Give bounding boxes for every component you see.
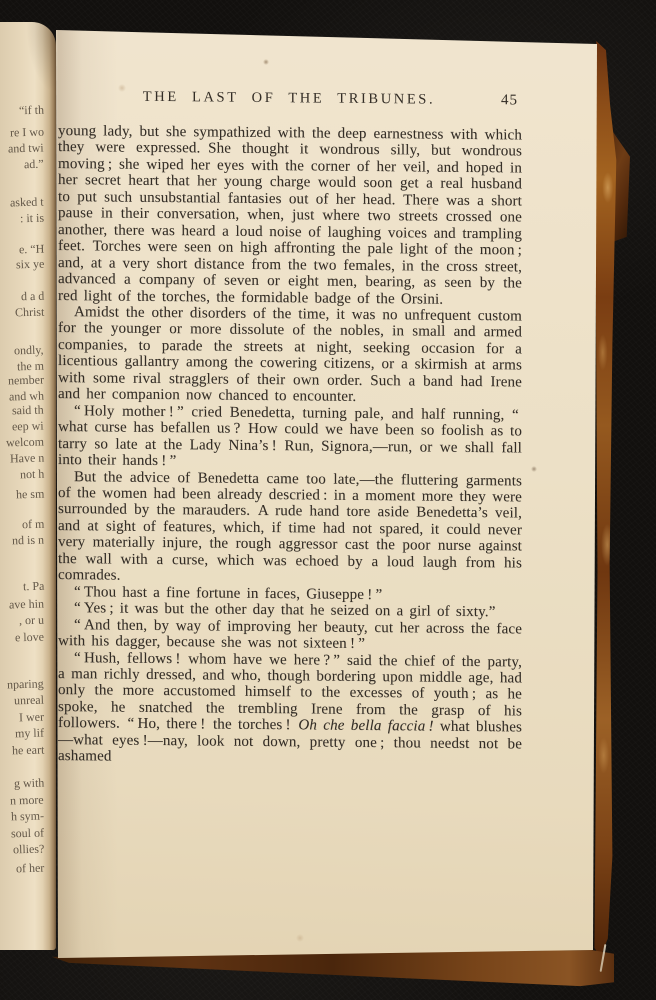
left-page-text-fragment: nember — [8, 374, 44, 387]
left-page-text-fragment: g with — [14, 777, 45, 790]
paragraph-text: young lady, but she sympathized with the… — [58, 123, 522, 307]
left-page-text-fragment: nd is n — [12, 534, 44, 547]
italic-phrase: Oh che bella faccia ! — [298, 718, 433, 735]
book-fore-edge — [594, 41, 617, 957]
left-page-text-fragment: said th — [12, 404, 44, 417]
left-page-text-fragment: : it is — [20, 212, 44, 225]
left-page-text-fragment: unreal — [14, 694, 44, 707]
left-page-text-fragment: , or u — [19, 614, 44, 627]
paragraph: “ And then, by way of improving her beau… — [58, 617, 522, 654]
paragraph: But the advice of Benedetta came too lat… — [58, 469, 522, 589]
paragraph: young lady, but she sympathized with the… — [58, 123, 522, 308]
left-page-text-fragment: my lif — [15, 727, 44, 740]
left-page-text-fragment: d a d — [21, 290, 45, 303]
running-header: THE LAST OF THE TRIBUNES. 45 — [58, 88, 520, 109]
left-page-text-fragment: ollies? — [13, 843, 45, 856]
book-photograph: “if thre I woand twiad.”asked t: it ise.… — [0, 0, 656, 1000]
left-page-text-fragment: he eart — [12, 744, 45, 757]
left-page-text-fragment: e love — [15, 631, 44, 644]
book-page: THE LAST OF THE TRIBUNES. 45 young lady,… — [0, 0, 656, 1000]
left-page-text-fragment: six ye — [16, 258, 45, 271]
left-page-text-fragment: asked t — [10, 196, 44, 209]
left-page-text-fragment: eep wi — [12, 420, 44, 433]
left-page-text-fragment: re I wo — [10, 126, 44, 139]
left-page-text-fragment: soul of — [11, 827, 44, 840]
paragraph: “ Holy mother ! ” cried Benedetta, turni… — [58, 403, 522, 473]
left-page-text-fragment: nparing — [7, 678, 44, 691]
left-page-text-fragment: not h — [20, 468, 45, 481]
left-page-text-fragment: he sm — [16, 488, 45, 501]
paragraph-text: “ Holy mother ! ” cried Benedetta, turni… — [58, 403, 522, 469]
page-text: young lady, but she sympathized with the… — [58, 123, 522, 769]
left-page-text-fragment: Christ — [15, 306, 45, 319]
left-page-text-fragment: h sym- — [11, 810, 44, 823]
paragraph: Amidst the other disorders of the time, … — [58, 304, 522, 407]
left-page-text-fragment: ad.” — [24, 158, 44, 171]
paragraph-text: Amidst the other disorders of the time, … — [58, 304, 522, 405]
left-page-text-fragment: and wh — [9, 390, 44, 403]
left-page-text-fragment: n more — [10, 794, 44, 807]
left-page-text-fragment: e. “H — [19, 243, 45, 256]
paragraph: “ Hush, fellows ! whom have we here ? ” … — [58, 650, 522, 770]
page-number: 45 — [501, 92, 518, 109]
left-page-text-fragment: ondly, — [14, 344, 44, 357]
left-page-text-fragment: “if th — [19, 104, 44, 117]
paragraph-text: “ And then, by way of improving her beau… — [58, 617, 522, 652]
left-page-text-fragment: t. Pa — [23, 580, 45, 593]
left-page-text-fragment: and twi — [8, 142, 44, 155]
left-page-text-fragment: I wer — [19, 711, 44, 724]
header-title: THE LAST OF THE TRIBUNES. — [58, 88, 520, 109]
left-page-text-fragment: Have n — [10, 452, 45, 465]
left-page-text-fragment: the m — [17, 360, 44, 373]
left-page-text-fragment: of her — [16, 862, 45, 875]
paragraph-text: But the advice of Benedetta came too lat… — [58, 469, 522, 584]
left-page-text-fragment: welcom — [6, 436, 44, 449]
left-page-text-fragment: ave hin — [9, 598, 44, 611]
previous-page-edge: “if thre I woand twiad.”asked t: it ise.… — [0, 22, 56, 950]
left-page-text-fragment: of m — [22, 518, 45, 531]
